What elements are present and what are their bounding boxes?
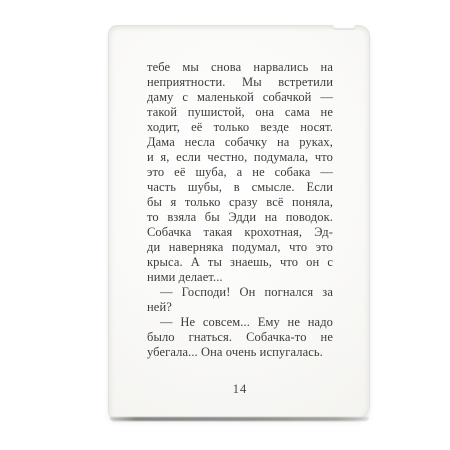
- page-number: 14: [147, 382, 333, 397]
- text-line: Дама несла собачку на руках,: [147, 135, 333, 150]
- text-line: часть шубы, в смысле. Если: [147, 180, 333, 195]
- dialogue-line: — Не совсем... Ему не надо: [147, 315, 333, 330]
- text-line: ди наверняка подумал, что это: [147, 240, 333, 255]
- photo-background: тебе мы снова нарвались на неприятности.…: [0, 0, 450, 450]
- text-line: ней?: [147, 300, 333, 315]
- book-page-photo: тебе мы снова нарвались на неприятности.…: [108, 25, 370, 418]
- text-line: ними делает...: [147, 270, 333, 285]
- text-line: даму с маленькой собачкой —: [147, 90, 333, 105]
- text-line: такой пушистой, она сама не: [147, 105, 333, 120]
- text-line: Собачка такая крохотная, Эд-: [147, 225, 333, 240]
- text-line: то взяла бы Эдди на поводок.: [147, 210, 333, 225]
- page-edge-notch: [332, 25, 356, 30]
- text-line: было гнаться. Собачка-то не: [147, 330, 333, 345]
- text-line: и я, если честно, подумала, что: [147, 150, 333, 165]
- text-line: тебе мы снова нарвались на: [147, 60, 333, 75]
- text-line: неприятности. Мы встретили: [147, 75, 333, 90]
- text-line: убегала... Она очень испугалась.: [147, 345, 333, 360]
- text-line: крыса. А ты знаешь, что он с: [147, 255, 333, 270]
- text-line: это её шуба, а не собака —: [147, 165, 333, 180]
- text-line: ходит, её только везде носят.: [147, 120, 333, 135]
- dialogue-line: — Господи! Он погнался за: [147, 285, 333, 300]
- text-line: бы я только сразу всё поняла,: [147, 195, 333, 210]
- page-text: тебе мы снова нарвались на неприятности.…: [147, 60, 333, 397]
